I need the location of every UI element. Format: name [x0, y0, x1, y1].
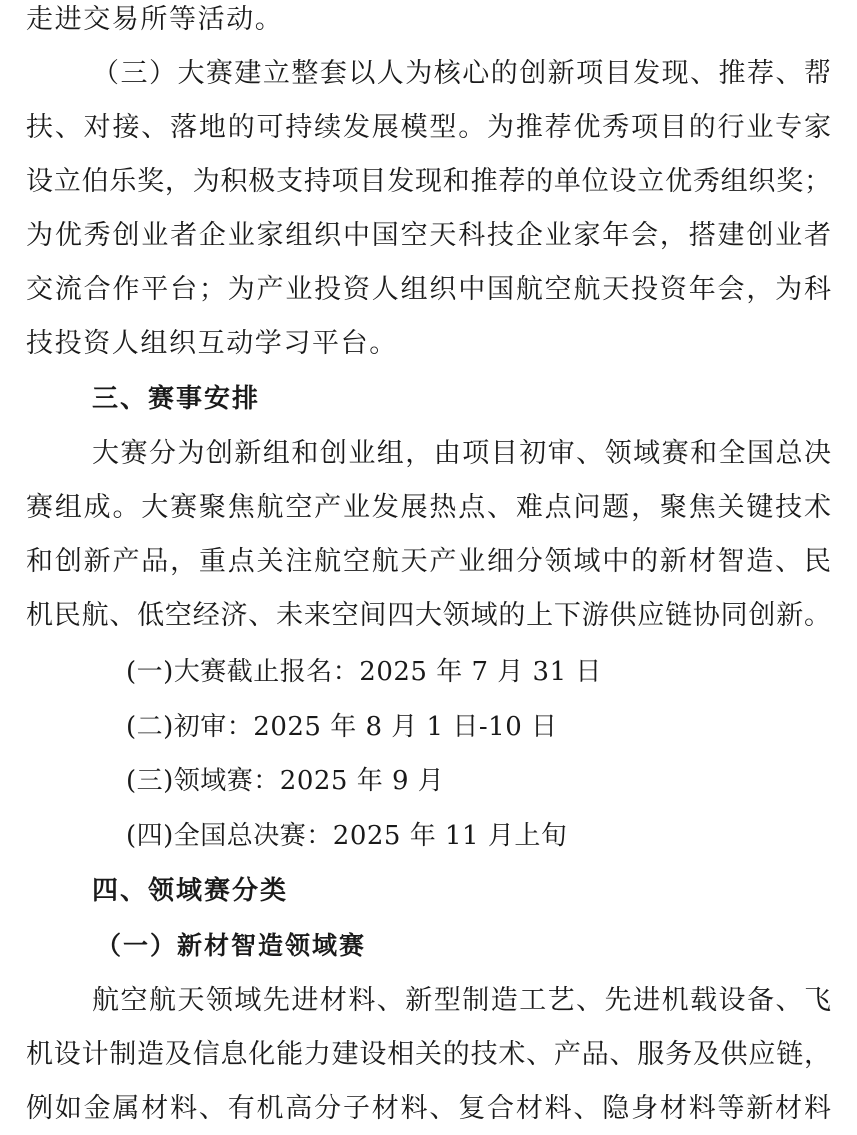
schedule-intro-line: 大赛分为创新组和创业组，由项目初审、领域赛和全国总决	[92, 436, 831, 472]
schedule-intro-line: 赛组成。大赛聚焦航空产业发展热点、难点问题，聚焦关键技术	[26, 490, 831, 526]
section-heading-domain-categories: 四、领域赛分类	[92, 873, 288, 909]
section-heading-schedule: 三、赛事安排	[92, 381, 260, 417]
schedule-item-national-final: (四)全国总决赛：2025 年 11 月上旬	[126, 818, 567, 854]
paragraph-three-line: 扶、对接、落地的可持续发展模型。为推荐优秀项目的行业专家	[26, 110, 831, 146]
schedule-intro-line: 机民航、低空经济、未来空间四大领域的上下游供应链协同创新。	[26, 598, 831, 634]
document-page: 走进交易所等活动。 （三）大赛建立整套以人为核心的创新项目发现、推荐、帮 扶、对…	[0, 0, 857, 1135]
schedule-item-preliminary-review: (二)初审：2025 年 8 月 1 日-10 日	[126, 709, 558, 745]
paragraph-three-line: 为优秀创业者企业家组织中国空天科技企业家年会，搭建创业者	[26, 218, 831, 254]
domain-body-line: 航空航天领域先进材料、新型制造工艺、先进机载设备、飞	[92, 983, 831, 1019]
schedule-item-registration-deadline: (一)大赛截止报名：2025 年 7 月 31 日	[126, 654, 602, 690]
paragraph-three-line: 技投资人组织互动学习平台。	[26, 326, 398, 362]
schedule-intro-line: 和创新产品，重点关注航空航天产业细分领域中的新材智造、民	[26, 544, 831, 580]
paragraph-three-line: 交流合作平台；为产业投资人组织中国航空航天投资年会，为科	[26, 272, 831, 308]
schedule-item-domain-competition: (三)领域赛：2025 年 9 月	[126, 763, 444, 799]
domain-body-line: 机设计制造及信息化能力建设相关的技术、产品、服务及供应链，	[26, 1037, 831, 1073]
paragraph-three-line: （三）大赛建立整套以人为核心的创新项目发现、推荐、帮	[92, 56, 831, 92]
subsection-heading-materials-manufacturing: （一）新材智造领域赛	[96, 928, 366, 964]
domain-body-line: 例如金属材料、有机高分子材料、复合材料、隐身材料等新材料	[26, 1091, 831, 1127]
paragraph-three-line: 设立伯乐奖，为积极支持项目发现和推荐的单位设立优秀组织奖；	[26, 164, 831, 200]
paragraph-continuation: 走进交易所等活动。	[26, 2, 283, 38]
